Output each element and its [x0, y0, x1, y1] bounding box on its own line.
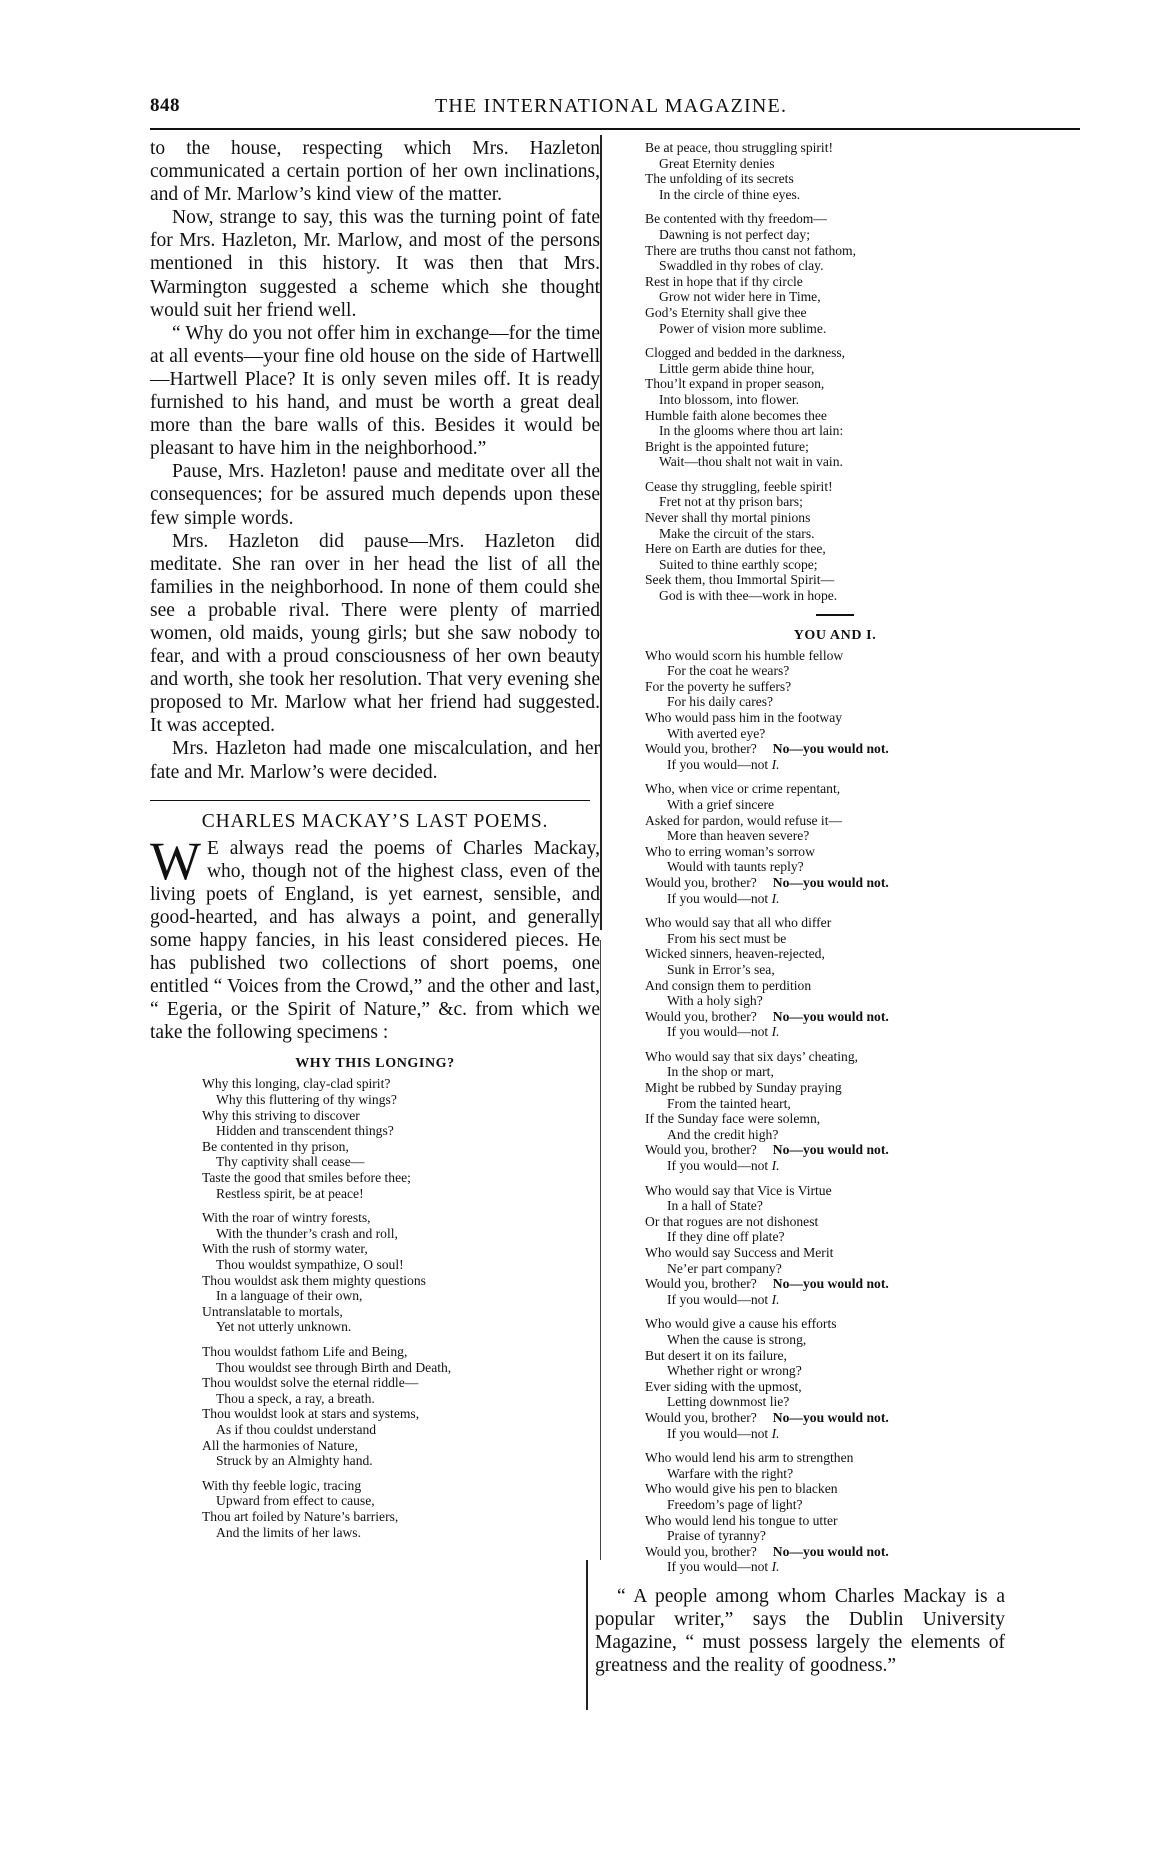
- poem-line: If the Sunday face were solemn,: [645, 1111, 1055, 1127]
- poem-line: Who would scorn his humble fellow: [645, 648, 1055, 664]
- poem-line: Who would say that Vice is Virtue: [645, 1183, 1055, 1199]
- poem-line: Ever siding with the upmost,: [645, 1379, 1055, 1395]
- poem-line: In a hall of State?: [645, 1198, 1055, 1214]
- poem-line: Who would give his pen to blacken: [645, 1481, 1055, 1497]
- refrain-line: Would you, brother?No—you would not.: [645, 875, 1055, 891]
- stanza: Why this longing, clay-clad spirit?Why t…: [202, 1076, 600, 1201]
- paragraph: to the house, respecting which Mrs. Hazl…: [150, 137, 600, 206]
- poem-line: Would with taunts reply?: [645, 859, 1055, 875]
- refrain-line: If you would—not I.: [645, 891, 1055, 907]
- paragraph: Mrs. Hazleton did pause—Mrs. Hazleton di…: [150, 530, 600, 738]
- poem-line: Be at peace, thou struggling spirit!: [645, 140, 1055, 156]
- poem-line: Warfare with the right?: [645, 1466, 1055, 1482]
- poem-line: Clogged and bedded in the darkness,: [645, 345, 1055, 361]
- poem-line: Letting downmost lie?: [645, 1394, 1055, 1410]
- poem-line: Praise of tyranny?: [645, 1528, 1055, 1544]
- poem-line: Struck by an Almighty hand.: [202, 1453, 600, 1469]
- poem-line: Untranslatable to mortals,: [202, 1304, 600, 1320]
- poem-line: Humble faith alone becomes thee: [645, 408, 1055, 424]
- refrain-answer: No—you would not.: [773, 1009, 889, 1024]
- refrain-question: Would you, brother?: [645, 875, 757, 890]
- magazine-page: 848 THE INTERNATIONAL MAGAZINE. to the h…: [0, 0, 1176, 1850]
- poem-line: Sunk in Error’s sea,: [645, 962, 1055, 978]
- refrain-answer: No—you would not.: [773, 1142, 889, 1157]
- poem-line: When the cause is strong,: [645, 1332, 1055, 1348]
- poem-line: Or that rogues are not dishonest: [645, 1214, 1055, 1230]
- poem-you-and-i: Who would scorn his humble fellowFor the…: [615, 648, 1055, 1575]
- poem-line: Who would lend his tongue to utter: [645, 1513, 1055, 1529]
- refrain-answer: No—you would not.: [773, 1544, 889, 1559]
- refrain-line: If you would—not I.: [645, 1559, 1055, 1575]
- stanza: With thy feeble logic, tracingUpward fro…: [202, 1478, 600, 1540]
- poem-line: Who to erring woman’s sorrow: [645, 844, 1055, 860]
- refrain-answer: No—you would not.: [773, 1410, 889, 1425]
- poem-separator: [816, 614, 854, 616]
- poem-line: Thou wouldst ask them mighty questions: [202, 1273, 600, 1289]
- poem-line: In a language of their own,: [202, 1288, 600, 1304]
- poem-line: Grow not wider here in Time,: [645, 289, 1055, 305]
- poem-line: Thou a speck, a ray, a breath.: [202, 1391, 600, 1407]
- refrain-line: Would you, brother?No—you would not.: [645, 1009, 1055, 1025]
- intro-text: E always read the poems of Charles Macka…: [150, 838, 600, 1044]
- poem-line: Hidden and transcendent things?: [202, 1123, 600, 1139]
- poem-line: There are truths thou canst not fathom,: [645, 243, 1055, 259]
- poem-line: With thy feeble logic, tracing: [202, 1478, 600, 1494]
- magazine-title: THE INTERNATIONAL MAGAZINE.: [435, 95, 787, 118]
- refrain-line: Would you, brother?No—you would not.: [645, 741, 1055, 757]
- poem-line: Fret not at thy prison bars;: [645, 494, 1055, 510]
- poem-line: If they dine off plate?: [645, 1229, 1055, 1245]
- stanza: Who would say that Vice is VirtueIn a ha…: [645, 1183, 1055, 1308]
- paragraph: “ Why do you not offer him in exchange—f…: [150, 322, 600, 461]
- page-number: 848: [150, 95, 180, 117]
- poem-line: With a grief sincere: [645, 797, 1055, 813]
- poem-title: YOU AND I.: [615, 628, 1055, 644]
- poem-line: And consign them to perdition: [645, 978, 1055, 994]
- poem-line: Taste the good that smiles before thee;: [202, 1170, 600, 1186]
- stanza: Who would lend his arm to strengthenWarf…: [645, 1450, 1055, 1575]
- refrain-answer: No—you would not.: [773, 1276, 889, 1291]
- poem-line: Who would lend his arm to strengthen: [645, 1450, 1055, 1466]
- article-intro: WE always read the poems of Charles Mack…: [150, 837, 600, 1045]
- poem-line: Thou wouldst sympathize, O soul!: [202, 1257, 600, 1273]
- poem-line: Thou wouldst solve the eternal riddle—: [202, 1375, 600, 1391]
- stanza: Thou wouldst fathom Life and Being,Thou …: [202, 1344, 600, 1469]
- poem-line: From the tainted heart,: [645, 1096, 1055, 1112]
- poem-line: The unfolding of its secrets: [645, 171, 1055, 187]
- refrain-question: Would you, brother?: [645, 1009, 757, 1024]
- poem-line: Be contented in thy prison,: [202, 1139, 600, 1155]
- poem-line: For the coat he wears?: [645, 663, 1055, 679]
- refrain-question: Would you, brother?: [645, 1544, 757, 1559]
- poem-line: Who would say that all who differ: [645, 915, 1055, 931]
- poem-line: Suited to thine earthly scope;: [645, 557, 1055, 573]
- refrain-line: If you would—not I.: [645, 1158, 1055, 1174]
- closing-quote-text: “ A people among whom Charles Mackay is …: [595, 1585, 1005, 1677]
- article-title: CHARLES MACKAY’S LAST POEMS.: [150, 811, 600, 833]
- stanza: Who, when vice or crime repentant,With a…: [645, 781, 1055, 906]
- stanza: Clogged and bedded in the darkness,Littl…: [645, 345, 1055, 470]
- poem-line: Wicked sinners, heaven-rejected,: [645, 946, 1055, 962]
- poem-line: With averted eye?: [645, 726, 1055, 742]
- poem-line: Who, when vice or crime repentant,: [645, 781, 1055, 797]
- refrain-question: Would you, brother?: [645, 1410, 757, 1425]
- poem-line: Why this striving to discover: [202, 1108, 600, 1124]
- left-column: to the house, respecting which Mrs. Hazl…: [150, 137, 600, 1549]
- refrain-line: If you would—not I.: [645, 1024, 1055, 1040]
- refrain-line: If you would—not I.: [645, 1426, 1055, 1442]
- poem-line: Why this fluttering of thy wings?: [202, 1092, 600, 1108]
- poem-line: In the circle of thine eyes.: [645, 187, 1055, 203]
- poem-line: Whether right or wrong?: [645, 1363, 1055, 1379]
- poem-line: Into blossom, into flower.: [645, 392, 1055, 408]
- stanza: With the roar of wintry forests,With the…: [202, 1210, 600, 1335]
- stanza: Who would give a cause his effortsWhen t…: [645, 1316, 1055, 1441]
- drop-cap: W: [150, 839, 201, 883]
- poem-line: Restless spirit, be at peace!: [202, 1186, 600, 1202]
- poem-line: Might be rubbed by Sunday praying: [645, 1080, 1055, 1096]
- column-divider: [586, 1560, 588, 1710]
- right-column: Be at peace, thou struggling spirit!Grea…: [615, 140, 1055, 1677]
- poem-line: Dawning is not perfect day;: [645, 227, 1055, 243]
- poem-line: Thou wouldst look at stars and systems,: [202, 1406, 600, 1422]
- stanza: Who would say that all who differFrom hi…: [645, 915, 1055, 1040]
- poem-line: Make the circuit of the stars.: [645, 526, 1055, 542]
- poem-line: For his daily cares?: [645, 694, 1055, 710]
- poem-why-this-longing: Why this longing, clay-clad spirit?Why t…: [150, 1076, 600, 1540]
- column-divider: [600, 135, 602, 930]
- poem-line: Thou art foiled by Nature’s barriers,: [202, 1509, 600, 1525]
- poem-line: As if thou couldst understand: [202, 1422, 600, 1438]
- poem-line: Freedom’s page of light?: [645, 1497, 1055, 1513]
- poem-line: From his sect must be: [645, 931, 1055, 947]
- poem-line: More than heaven severe?: [645, 828, 1055, 844]
- poem-line: Swaddled in thy robes of clay.: [645, 258, 1055, 274]
- poem-line: Yet not utterly unknown.: [202, 1319, 600, 1335]
- header-rule: [150, 128, 1080, 130]
- refrain-question: Would you, brother?: [645, 1276, 757, 1291]
- poem-line: In the shop or mart,: [645, 1064, 1055, 1080]
- stanza: Cease thy struggling, feeble spirit!Fret…: [645, 479, 1055, 604]
- column-divider: [600, 940, 601, 1560]
- refrain-answer: No—you would not.: [773, 741, 889, 756]
- poem-line: With the roar of wintry forests,: [202, 1210, 600, 1226]
- stanza: Be at peace, thou struggling spirit!Grea…: [645, 140, 1055, 202]
- poem-line: Seek them, thou Immortal Spirit—: [645, 572, 1055, 588]
- refrain-question: Would you, brother?: [645, 741, 757, 756]
- section-divider: [150, 800, 590, 801]
- poem-line: And the credit high?: [645, 1127, 1055, 1143]
- poem-title: WHY THIS LONGING?: [150, 1056, 600, 1072]
- poem-line: Be contented with thy freedom—: [645, 211, 1055, 227]
- poem-line: Why this longing, clay-clad spirit?: [202, 1076, 600, 1092]
- poem-line: Great Eternity denies: [645, 156, 1055, 172]
- poem-line: Upward from effect to cause,: [202, 1493, 600, 1509]
- poem-line: Cease thy struggling, feeble spirit!: [645, 479, 1055, 495]
- paragraph: Mrs. Hazleton had made one miscalculatio…: [150, 737, 600, 783]
- refrain-line: Would you, brother?No—you would not.: [645, 1544, 1055, 1560]
- refrain-answer: No—you would not.: [773, 875, 889, 890]
- refrain-line: Would you, brother?No—you would not.: [645, 1276, 1055, 1292]
- paragraph: Now, strange to say, this was the turnin…: [150, 206, 600, 321]
- poem-line: Who would give a cause his efforts: [645, 1316, 1055, 1332]
- poem-line: With the rush of stormy water,: [202, 1241, 600, 1257]
- paragraph: Pause, Mrs. Hazleton! pause and meditate…: [150, 460, 600, 529]
- poem-line: With the thunder’s crash and roll,: [202, 1226, 600, 1242]
- refrain-line: If you would—not I.: [645, 757, 1055, 773]
- poem-line: Here on Earth are duties for thee,: [645, 541, 1055, 557]
- stanza: Who would say that six days’ cheating,In…: [645, 1049, 1055, 1174]
- poem-line: Thy captivity shall cease—: [202, 1154, 600, 1170]
- poem-line: All the harmonies of Nature,: [202, 1438, 600, 1454]
- stanza: Be contented with thy freedom—Dawning is…: [645, 211, 1055, 336]
- stanza: Who would scorn his humble fellowFor the…: [645, 648, 1055, 773]
- refrain-line: If you would—not I.: [645, 1292, 1055, 1308]
- poem-line: Thou’lt expand in proper season,: [645, 376, 1055, 392]
- running-header: 848 THE INTERNATIONAL MAGAZINE.: [150, 95, 1065, 125]
- poem-line: With a holy sigh?: [645, 993, 1055, 1009]
- refrain-line: Would you, brother?No—you would not.: [645, 1410, 1055, 1426]
- story-continuation: to the house, respecting which Mrs. Hazl…: [150, 137, 600, 784]
- poem-line: In the glooms where thou art lain:: [645, 423, 1055, 439]
- poem-line: Ne’er part company?: [645, 1261, 1055, 1277]
- poem-line: For the poverty he suffers?: [645, 679, 1055, 695]
- poem-line: But desert it on its failure,: [645, 1348, 1055, 1364]
- poem-why-this-longing-continued: Be at peace, thou struggling spirit!Grea…: [615, 140, 1055, 604]
- poem-line: Who would pass him in the footway: [645, 710, 1055, 726]
- poem-line: Asked for pardon, would refuse it—: [645, 813, 1055, 829]
- poem-line: Who would say that six days’ cheating,: [645, 1049, 1055, 1065]
- poem-line: God’s Eternity shall give thee: [645, 305, 1055, 321]
- poem-line: Thou wouldst see through Birth and Death…: [202, 1360, 600, 1376]
- poem-line: Little germ abide thine hour,: [645, 361, 1055, 377]
- poem-line: Never shall thy mortal pinions: [645, 510, 1055, 526]
- closing-quote: “ A people among whom Charles Mackay is …: [595, 1585, 1005, 1677]
- refrain-question: Would you, brother?: [645, 1142, 757, 1157]
- poem-line: Power of vision more sublime.: [645, 321, 1055, 337]
- poem-line: Who would say Success and Merit: [645, 1245, 1055, 1261]
- poem-line: Wait—thou shalt not wait in vain.: [645, 454, 1055, 470]
- poem-line: Thou wouldst fathom Life and Being,: [202, 1344, 600, 1360]
- poem-line: And the limits of her laws.: [202, 1525, 600, 1541]
- poem-line: Bright is the appointed future;: [645, 439, 1055, 455]
- poem-line: God is with thee—work in hope.: [645, 588, 1055, 604]
- refrain-line: Would you, brother?No—you would not.: [645, 1142, 1055, 1158]
- poem-line: Rest in hope that if thy circle: [645, 274, 1055, 290]
